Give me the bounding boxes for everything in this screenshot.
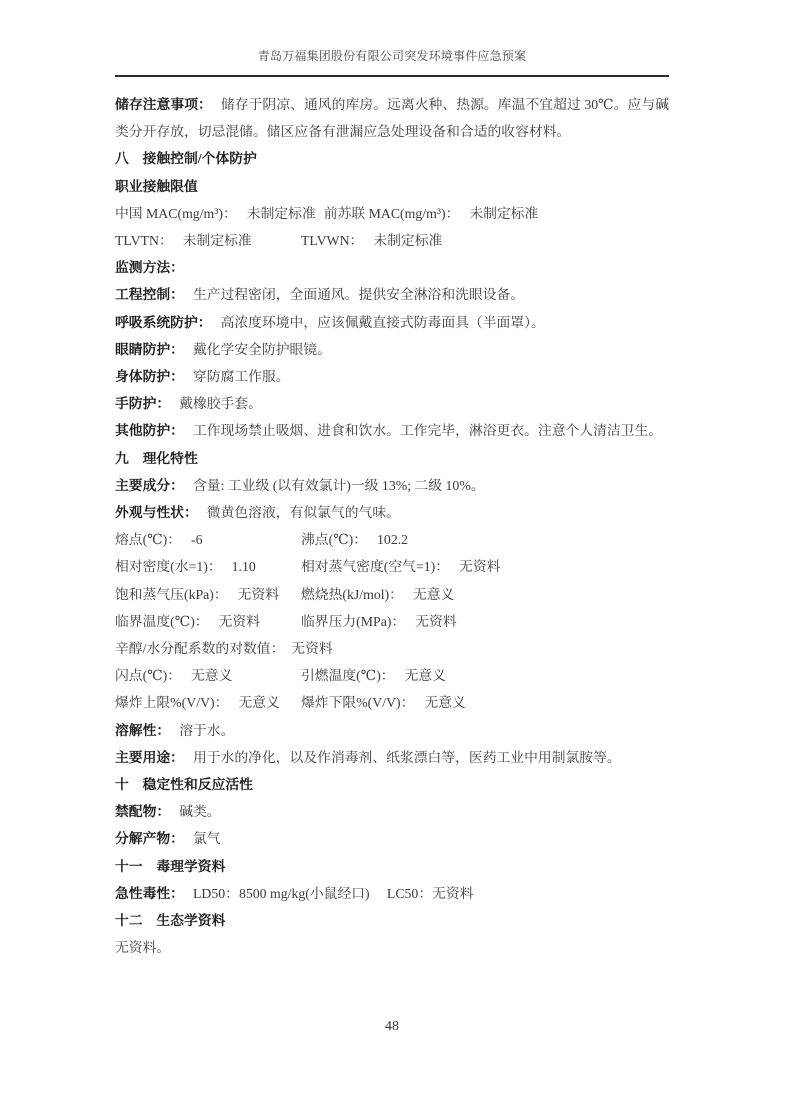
ecology-no-data-text: 无资料。	[115, 940, 170, 955]
critical-temp-pressure-col1: 临界温度(℃)：无资料	[115, 608, 301, 635]
explosion-limits-c2: 无意义	[424, 695, 465, 710]
eye-protection-label: 眼睛防护：	[115, 342, 184, 357]
monitoring-method-label: 监测方法：	[115, 260, 184, 275]
melting-boiling-point-col2: 沸点(℃)：102.2	[301, 526, 669, 553]
appearance-properties-text: 微黄色溶液，有似氯气的气味。	[207, 505, 400, 520]
relative-density-c1: 1.10	[232, 559, 256, 574]
mac-limits-col2: 前苏联 MAC(mg/m³)：未制定标准	[324, 200, 669, 227]
relative-density-c2label: 相对蒸气密度(空气=1)：	[301, 559, 449, 574]
body-protection-label: 身体防护：	[115, 369, 184, 384]
tlv-limits-c1: 未制定标准	[183, 233, 252, 248]
body-protection: 身体防护：穿防腐工作服。	[115, 363, 669, 390]
vapor-pressure-combustion-heat-c2label: 燃烧热(kJ/mol)：	[301, 587, 403, 602]
partition-coefficient: 辛醇/水分配系数的对数值： 无资料	[115, 635, 669, 662]
other-protection-text: 工作现场禁止吸烟、进食和饮水。工作完毕，淋浴更衣。注意个人清洁卫生。	[193, 423, 662, 438]
main-uses: 主要用途：用于水的净化，以及作消毒剂、纸浆漂白等，医药工业中用制氯胺等。	[115, 744, 669, 771]
mac-limits: 中国 MAC(mg/m³)：未制定标准前苏联 MAC(mg/m³)：未制定标准	[115, 200, 669, 227]
explosion-limits-c1: 无意义	[238, 695, 279, 710]
section-9-heading: 九 理化特性	[115, 445, 669, 472]
occupational-exposure-limits-heading-text: 职业接触限值	[115, 179, 198, 194]
explosion-limits-col1: 爆炸上限%(V/V)：无意义	[115, 689, 301, 716]
page-header-title: 青岛万福集团股份有限公司突发环境事件应急预案	[115, 47, 669, 77]
melting-boiling-point-c2: 102.2	[377, 532, 408, 547]
explosion-limits-c2label: 爆炸下限%(V/V)：	[301, 695, 414, 710]
appearance-properties-label: 外观与性状：	[115, 505, 198, 520]
relative-density-col2: 相对蒸气密度(空气=1)：无资料	[301, 553, 669, 580]
page-number: 48	[115, 1019, 669, 1035]
solubility-text: 溶于水。	[179, 723, 234, 738]
acute-toxicity-label: 急性毒性：	[115, 886, 184, 901]
section-11-heading: 十一 毒理学资料	[115, 853, 669, 880]
respiratory-protection-text: 高浓度环境中，应该佩戴直接式防毒面具（半面罩）。	[221, 315, 545, 330]
flash-ignition-temp-c2label: 引燃温度(℃)：	[301, 668, 395, 683]
main-uses-label: 主要用途：	[115, 750, 184, 765]
ecology-no-data: 无资料。	[115, 934, 669, 961]
section-9-heading-text: 九 理化特性	[115, 451, 198, 466]
incompatibilities: 禁配物：碱类。	[115, 798, 669, 825]
melting-boiling-point-c1: -6	[191, 532, 203, 547]
tlv-limits-col1: TLVTN：未制定标准	[115, 227, 301, 254]
engineering-control-text: 生产过程密闭，全面通风。提供安全淋浴和洗眼设备。	[193, 287, 524, 302]
relative-density-col1: 相对密度(水=1)：1.10	[115, 553, 301, 580]
mac-limits-c1label: 中国 MAC(mg/m³)：	[115, 206, 237, 221]
mac-limits-c2: 未制定标准	[469, 206, 538, 221]
acute-toxicity-text: LD50：8500 mg/kg(小鼠经口) LC50：无资料	[193, 886, 474, 901]
vapor-pressure-combustion-heat: 饱和蒸气压(kPa)：无资料燃烧热(kJ/mol)：无意义	[115, 581, 669, 608]
other-protection: 其他防护：工作现场禁止吸烟、进食和饮水。工作完毕，淋浴更衣。注意个人清洁卫生。	[115, 417, 669, 444]
solubility-label: 溶解性：	[115, 723, 170, 738]
section-8-heading: 八 接触控制/个体防护	[115, 145, 669, 172]
flash-ignition-temp: 闪点(℃)：无意义引燃温度(℃)：无意义	[115, 662, 669, 689]
incompatibilities-label: 禁配物：	[115, 804, 170, 819]
incompatibilities-text: 碱类。	[179, 804, 220, 819]
melting-boiling-point: 熔点(℃)：-6沸点(℃)：102.2	[115, 526, 669, 553]
solubility: 溶解性：溶于水。	[115, 717, 669, 744]
critical-temp-pressure-c1: 无资料	[219, 614, 260, 629]
explosion-limits: 爆炸上限%(V/V)：无意义爆炸下限%(V/V)：无意义	[115, 689, 669, 716]
mac-limits-c1: 未制定标准	[247, 206, 316, 221]
hand-protection: 手防护：戴橡胶手套。	[115, 390, 669, 417]
document-page: { "header": { "title": "青岛万福集团股份有限公司突发环境…	[0, 0, 789, 1118]
engineering-control: 工程控制：生产过程密闭，全面通风。提供安全淋浴和洗眼设备。	[115, 281, 669, 308]
explosion-limits-col2: 爆炸下限%(V/V)：无意义	[301, 689, 669, 716]
engineering-control-label: 工程控制：	[115, 287, 184, 302]
main-components: 主要成分：含量: 工业级 (以有效氯计)一级 13%; 二级 10%。	[115, 472, 669, 499]
flash-ignition-temp-col1: 闪点(℃)：无意义	[115, 662, 301, 689]
relative-density-c2: 无资料	[459, 559, 500, 574]
flash-ignition-temp-c1: 无意义	[191, 668, 232, 683]
monitoring-method: 监测方法：	[115, 254, 669, 281]
decomposition-products-text: 氯气	[193, 831, 221, 846]
storage-precautions: 储存注意事项：储存于阴凉、通风的库房。远离火种、热源。库温不宜超过 30℃。应与…	[115, 91, 669, 145]
acute-toxicity: 急性毒性：LD50：8500 mg/kg(小鼠经口) LC50：无资料	[115, 880, 669, 907]
storage-precautions-label: 储存注意事项：	[115, 97, 212, 112]
relative-density-c1label: 相对密度(水=1)：	[115, 559, 222, 574]
hand-protection-text: 戴橡胶手套。	[179, 396, 262, 411]
critical-temp-pressure-c2label: 临界压力(MPa)：	[301, 614, 405, 629]
melting-boiling-point-c2label: 沸点(℃)：	[301, 532, 367, 547]
mac-limits-c2label: 前苏联 MAC(mg/m³)：	[324, 206, 460, 221]
vapor-pressure-combustion-heat-col1: 饱和蒸气压(kPa)：无资料	[115, 581, 301, 608]
main-components-label: 主要成分：	[115, 478, 184, 493]
doc-body: 储存注意事项：储存于阴凉、通风的库房。远离火种、热源。库温不宜超过 30℃。应与…	[115, 91, 669, 962]
tlv-limits-col2: TLVWN：未制定标准	[301, 227, 669, 254]
mac-limits-col1: 中国 MAC(mg/m³)：未制定标准	[115, 200, 324, 227]
section-12-heading: 十二 生态学资料	[115, 907, 669, 934]
appearance-properties: 外观与性状：微黄色溶液，有似氯气的气味。	[115, 499, 669, 526]
hand-protection-label: 手防护：	[115, 396, 170, 411]
melting-boiling-point-col1: 熔点(℃)：-6	[115, 526, 301, 553]
partition-coefficient-text: 辛醇/水分配系数的对数值： 无资料	[115, 641, 333, 656]
explosion-limits-c1label: 爆炸上限%(V/V)：	[115, 695, 228, 710]
flash-ignition-temp-c2: 无意义	[405, 668, 446, 683]
respiratory-protection-label: 呼吸系统防护：	[115, 315, 212, 330]
vapor-pressure-combustion-heat-c1label: 饱和蒸气压(kPa)：	[115, 587, 228, 602]
section-10-heading: 十 稳定性和反应活性	[115, 771, 669, 798]
occupational-exposure-limits-heading: 职业接触限值	[115, 173, 669, 200]
tlv-limits-c2: 未制定标准	[373, 233, 442, 248]
relative-density: 相对密度(水=1)：1.10相对蒸气密度(空气=1)：无资料	[115, 553, 669, 580]
section-11-heading-text: 十一 毒理学资料	[115, 859, 225, 874]
critical-temp-pressure-c2: 无资料	[415, 614, 456, 629]
eye-protection: 眼睛防护：戴化学安全防护眼镜。	[115, 336, 669, 363]
body-protection-text: 穿防腐工作服。	[193, 369, 290, 384]
eye-protection-text: 戴化学安全防护眼镜。	[193, 342, 331, 357]
section-8-heading-text: 八 接触控制/个体防护	[115, 151, 257, 166]
flash-ignition-temp-col2: 引燃温度(℃)：无意义	[301, 662, 669, 689]
critical-temp-pressure-c1label: 临界温度(℃)：	[115, 614, 209, 629]
tlv-limits: TLVTN：未制定标准TLVWN：未制定标准	[115, 227, 669, 254]
decomposition-products-label: 分解产物：	[115, 831, 184, 846]
vapor-pressure-combustion-heat-c2: 无意义	[413, 587, 454, 602]
respiratory-protection: 呼吸系统防护：高浓度环境中，应该佩戴直接式防毒面具（半面罩）。	[115, 309, 669, 336]
other-protection-label: 其他防护：	[115, 423, 184, 438]
melting-boiling-point-c1label: 熔点(℃)：	[115, 532, 181, 547]
section-10-heading-text: 十 稳定性和反应活性	[115, 777, 253, 792]
main-components-text: 含量: 工业级 (以有效氯计)一级 13%; 二级 10%。	[193, 478, 485, 493]
tlv-limits-c2label: TLVWN：	[301, 233, 363, 248]
vapor-pressure-combustion-heat-col2: 燃烧热(kJ/mol)：无意义	[301, 581, 669, 608]
critical-temp-pressure-col2: 临界压力(MPa)：无资料	[301, 608, 669, 635]
flash-ignition-temp-c1label: 闪点(℃)：	[115, 668, 181, 683]
main-uses-text: 用于水的净化，以及作消毒剂、纸浆漂白等，医药工业中用制氯胺等。	[193, 750, 621, 765]
vapor-pressure-combustion-heat-c1: 无资料	[238, 587, 279, 602]
critical-temp-pressure: 临界温度(℃)：无资料临界压力(MPa)：无资料	[115, 608, 669, 635]
decomposition-products: 分解产物：氯气	[115, 825, 669, 852]
section-12-heading-text: 十二 生态学资料	[115, 913, 225, 928]
tlv-limits-c1label: TLVTN：	[115, 233, 173, 248]
